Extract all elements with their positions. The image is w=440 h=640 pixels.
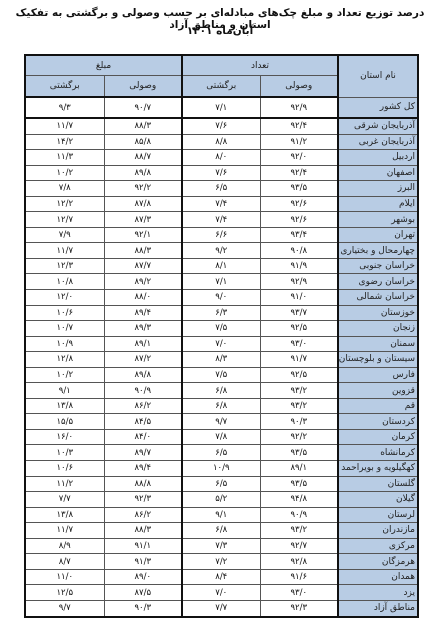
count-returned: ۸/۴ [182, 569, 260, 585]
count-cleared: ۹۲/۲ [260, 429, 338, 445]
province-name: یزد [338, 585, 418, 601]
count-cleared: ۹۳/۲ [260, 398, 338, 414]
count-returned: ۶/۸ [182, 523, 260, 539]
table-row: خراسان رضوی۹۲/۹۷/۱۸۹/۲۱۰/۸ [25, 274, 418, 290]
count-returned: ۶/۵ [182, 445, 260, 461]
amount-cleared: ۸۹/۰ [104, 569, 182, 585]
header-amount-cleared: وصولی [104, 76, 182, 98]
count-returned: ۸/۱ [182, 258, 260, 274]
count-cleared: ۹۳/۲ [260, 523, 338, 539]
amount-cleared: ۹۲/۳ [104, 492, 182, 508]
count-returned: ۷/۴ [182, 196, 260, 212]
province-name: کرمانشاه [338, 445, 418, 461]
header-amount-group: مبلغ [25, 55, 182, 76]
amount-cleared: ۹۲/۱ [104, 227, 182, 243]
amount-returned: ۱۱/۷ [25, 243, 104, 259]
province-name: خراسان جنوبی [338, 258, 418, 274]
count-returned: ۷/۶ [182, 118, 260, 134]
table-row: آذربایجان غربی۹۱/۲۸/۸۸۵/۸۱۴/۲ [25, 134, 418, 150]
header-count-group: تعداد [182, 55, 338, 76]
province-name: کرمان [338, 429, 418, 445]
count-cleared: ۹۰/۹ [260, 507, 338, 523]
count-cleared: ۹۲/۷ [260, 538, 338, 554]
count-returned: ۷/۴ [182, 212, 260, 228]
table-row: مرکزی۹۲/۷۷/۳۹۱/۱۸/۹ [25, 538, 418, 554]
count-cleared: ۹۱/۹ [260, 258, 338, 274]
count-returned: ۶/۵ [182, 181, 260, 197]
province-cheque-table: نام استان تعداد مبلغ وصولی برگشتی وصولی … [24, 54, 419, 618]
amount-returned: ۱۳/۸ [25, 398, 104, 414]
amount-cleared: ۸۶/۲ [104, 398, 182, 414]
amount-cleared: ۸۷/۲ [104, 352, 182, 368]
province-name: گیلان [338, 492, 418, 508]
amount-returned: ۱۱/۰ [25, 569, 104, 585]
amount-cleared: ۸۸/۳ [104, 118, 182, 134]
header-count-returned: برگشتی [182, 76, 260, 98]
table-row: کهگیلویه و بویراحمد۸۹/۱۱۰/۹۸۹/۴۱۰/۶ [25, 461, 418, 477]
count-returned: ۷/۱ [182, 274, 260, 290]
table-row: همدان۹۱/۶۸/۴۸۹/۰۱۱/۰ [25, 569, 418, 585]
amount-cleared: ۹۰/۹ [104, 383, 182, 399]
amount-cleared: ۹۲/۲ [104, 181, 182, 197]
amount-returned: ۱۱/۷ [25, 118, 104, 134]
amount-returned: ۹/۱ [25, 383, 104, 399]
count-returned: ۷/۵ [182, 321, 260, 337]
amount-cleared: ۹۱/۳ [104, 554, 182, 570]
count-cleared: ۹۰/۳ [260, 414, 338, 430]
count-cleared: ۹۲/۶ [260, 212, 338, 228]
amount-cleared: ۸۴/۰ [104, 429, 182, 445]
count-returned: ۹/۷ [182, 414, 260, 430]
count-cleared: ۹۳/۵ [260, 445, 338, 461]
count-cleared: ۹۳/۵ [260, 181, 338, 197]
count-cleared: ۹۳/۲ [260, 383, 338, 399]
count-returned: ۷/۲ [182, 554, 260, 570]
province-name: زنجان [338, 321, 418, 337]
province-name: مرکزی [338, 538, 418, 554]
province-name: کهگیلویه و بویراحمد [338, 461, 418, 477]
count-cleared: ۹۴/۸ [260, 492, 338, 508]
amount-returned: ۷/۹ [25, 227, 104, 243]
amount-cleared: ۸۵/۸ [104, 134, 182, 150]
amount-returned: ۷/۷ [25, 492, 104, 508]
count-returned: ۶/۶ [182, 227, 260, 243]
count-returned: ۹/۲ [182, 243, 260, 259]
amount-cleared: ۸۷/۸ [104, 196, 182, 212]
table-row: اردبیل۹۲/۰۸/۰۸۸/۷۱۱/۳ [25, 150, 418, 166]
amount-cleared: ۸۹/۱ [104, 336, 182, 352]
table-row: هرمزگان۹۲/۸۷/۲۹۱/۳۸/۷ [25, 554, 418, 570]
table-row: کردستان۹۰/۳۹/۷۸۴/۵۱۵/۵ [25, 414, 418, 430]
table-row: ایلام۹۲/۶۷/۴۸۷/۸۱۲/۲ [25, 196, 418, 212]
province-name: آذربایجان شرقی [338, 118, 418, 134]
table-row: قزوین۹۳/۲۶/۸۹۰/۹۹/۱ [25, 383, 418, 399]
count-cleared: ۹۲/۵ [260, 367, 338, 383]
table-row: خراسان جنوبی۹۱/۹۸/۱۸۷/۷۱۲/۳ [25, 258, 418, 274]
count-cleared: ۹۳/۰ [260, 336, 338, 352]
count-cleared: ۹۲/۹ [260, 274, 338, 290]
amount-returned: ۸/۹ [25, 538, 104, 554]
table-row: تهران۹۳/۴۶/۶۹۲/۱۷/۹ [25, 227, 418, 243]
count-returned: ۷/۰ [182, 585, 260, 601]
header-count-cleared: وصولی [260, 76, 338, 98]
count-returned: ۷/۷ [182, 600, 260, 616]
count-returned: ۷/۵ [182, 367, 260, 383]
province-name: قم [338, 398, 418, 414]
amount-returned: ۸/۷ [25, 554, 104, 570]
total-count-cleared: ۹۲/۹ [260, 97, 338, 118]
amount-returned: ۱۳/۸ [25, 507, 104, 523]
count-returned: ۶/۸ [182, 398, 260, 414]
province-name: مازندران [338, 523, 418, 539]
amount-returned: ۱۰/۹ [25, 336, 104, 352]
province-name: سمنان [338, 336, 418, 352]
count-cleared: ۹۲/۸ [260, 554, 338, 570]
amount-returned: ۱۱/۳ [25, 150, 104, 166]
amount-returned: ۹/۷ [25, 600, 104, 616]
amount-cleared: ۸۸/۳ [104, 243, 182, 259]
count-cleared: ۹۳/۵ [260, 476, 338, 492]
amount-returned: ۱۴/۲ [25, 134, 104, 150]
amount-cleared: ۸۹/۴ [104, 461, 182, 477]
table-row: کرمانشاه۹۳/۵۶/۵۸۹/۷۱۰/۳ [25, 445, 418, 461]
amount-cleared: ۹۱/۱ [104, 538, 182, 554]
table-row: اصفهان۹۲/۴۷/۶۸۹/۸۱۰/۲ [25, 165, 418, 181]
table-row: خوزستان۹۳/۷۶/۳۸۹/۴۱۰/۶ [25, 305, 418, 321]
header-amount-returned: برگشتی [25, 76, 104, 98]
count-cleared: ۹۲/۳ [260, 600, 338, 616]
count-returned: ۷/۸ [182, 429, 260, 445]
count-returned: ۹/۱ [182, 507, 260, 523]
table-row: فارس۹۲/۵۷/۵۸۹/۸۱۰/۲ [25, 367, 418, 383]
province-name: تهران [338, 227, 418, 243]
header-province: نام استان [338, 55, 418, 97]
table-row: مناطق آزاد۹۲/۳۷/۷۹۰/۳۹/۷ [25, 600, 418, 616]
province-name: بوشهر [338, 212, 418, 228]
amount-cleared: ۸۸/۷ [104, 150, 182, 166]
province-name: اردبیل [338, 150, 418, 166]
count-returned: ۷/۳ [182, 538, 260, 554]
province-name: قزوین [338, 383, 418, 399]
table-row: قم۹۳/۲۶/۸۸۶/۲۱۳/۸ [25, 398, 418, 414]
province-name: سیستان و بلوچستان [338, 352, 418, 368]
province-name: خراسان شمالی [338, 290, 418, 306]
count-cleared: ۹۱/۶ [260, 569, 338, 585]
amount-returned: ۱۱/۲ [25, 476, 104, 492]
amount-returned: ۱۱/۷ [25, 523, 104, 539]
count-returned: ۶/۸ [182, 383, 260, 399]
amount-cleared: ۹۰/۳ [104, 600, 182, 616]
amount-returned: ۱۶/۰ [25, 429, 104, 445]
amount-returned: ۱۲/۰ [25, 290, 104, 306]
amount-returned: ۱۰/۷ [25, 321, 104, 337]
count-cleared: ۹۳/۷ [260, 305, 338, 321]
amount-returned: ۱۲/۲ [25, 196, 104, 212]
count-cleared: ۹۲/۴ [260, 118, 338, 134]
province-name: هرمزگان [338, 554, 418, 570]
amount-cleared: ۸۴/۵ [104, 414, 182, 430]
count-returned: ۸/۰ [182, 150, 260, 166]
count-cleared: ۹۰/۸ [260, 243, 338, 259]
amount-returned: ۱۲/۷ [25, 212, 104, 228]
count-returned: ۷/۰ [182, 336, 260, 352]
total-amount-cleared: ۹۰/۷ [104, 97, 182, 118]
table-row: البرز۹۳/۵۶/۵۹۲/۲۷/۸ [25, 181, 418, 197]
amount-returned: ۱۰/۲ [25, 367, 104, 383]
province-name: ایلام [338, 196, 418, 212]
province-name: البرز [338, 181, 418, 197]
count-cleared: ۹۱/۷ [260, 352, 338, 368]
amount-returned: ۱۰/۶ [25, 461, 104, 477]
amount-cleared: ۸۷/۷ [104, 258, 182, 274]
amount-returned: ۱۲/۸ [25, 352, 104, 368]
total-amount-returned: ۹/۳ [25, 97, 104, 118]
table-row: مازندران۹۳/۲۶/۸۸۸/۳۱۱/۷ [25, 523, 418, 539]
amount-returned: ۱۰/۳ [25, 445, 104, 461]
amount-cleared: ۸۷/۵ [104, 585, 182, 601]
table-row: زنجان۹۲/۵۷/۵۸۹/۳۱۰/۷ [25, 321, 418, 337]
count-cleared: ۹۲/۰ [260, 150, 338, 166]
count-cleared: ۹۲/۴ [260, 165, 338, 181]
amount-cleared: ۸۹/۲ [104, 274, 182, 290]
amount-cleared: ۸۸/۳ [104, 523, 182, 539]
amount-returned: ۱۰/۸ [25, 274, 104, 290]
province-name: خوزستان [338, 305, 418, 321]
report-period: آبان‌ماه ۱۴۰۱ [0, 25, 440, 37]
province-name: لرستان [338, 507, 418, 523]
amount-cleared: ۸۹/۴ [104, 305, 182, 321]
count-returned: ۸/۳ [182, 352, 260, 368]
table-row: کرمان۹۲/۲۷/۸۸۴/۰۱۶/۰ [25, 429, 418, 445]
table-row: گیلان۹۴/۸۵/۲۹۲/۳۷/۷ [25, 492, 418, 508]
count-returned: ۶/۵ [182, 476, 260, 492]
count-cleared: ۹۲/۵ [260, 321, 338, 337]
amount-returned: ۱۰/۲ [25, 165, 104, 181]
province-name: همدان [338, 569, 418, 585]
table-row: سمنان۹۳/۰۷/۰۸۹/۱۱۰/۹ [25, 336, 418, 352]
count-cleared: ۹۳/۰ [260, 585, 338, 601]
table-row: گلستان۹۳/۵۶/۵۸۸/۸۱۱/۲ [25, 476, 418, 492]
province-name: اصفهان [338, 165, 418, 181]
count-returned: ۷/۶ [182, 165, 260, 181]
amount-cleared: ۸۹/۳ [104, 321, 182, 337]
province-name: چهارمحال و بختیاری [338, 243, 418, 259]
amount-cleared: ۸۸/۰ [104, 290, 182, 306]
count-returned: ۸/۸ [182, 134, 260, 150]
total-name: کل کشور [338, 97, 418, 118]
header-row-groups: نام استان تعداد مبلغ [25, 55, 418, 76]
table-row: خراسان شمالی۹۱/۰۹/۰۸۸/۰۱۲/۰ [25, 290, 418, 306]
count-returned: ۶/۳ [182, 305, 260, 321]
count-cleared: ۹۲/۶ [260, 196, 338, 212]
amount-cleared: ۸۹/۸ [104, 165, 182, 181]
amount-cleared: ۸۹/۸ [104, 367, 182, 383]
table-row: بوشهر۹۲/۶۷/۴۸۷/۳۱۲/۷ [25, 212, 418, 228]
table-row: لرستان۹۰/۹۹/۱۸۶/۲۱۳/۸ [25, 507, 418, 523]
amount-cleared: ۸۷/۳ [104, 212, 182, 228]
province-name: کردستان [338, 414, 418, 430]
amount-cleared: ۸۶/۲ [104, 507, 182, 523]
table-row: آذربایجان شرقی۹۲/۴۷/۶۸۸/۳۱۱/۷ [25, 118, 418, 134]
count-cleared: ۹۱/۲ [260, 134, 338, 150]
count-returned: ۹/۰ [182, 290, 260, 306]
table-row: سیستان و بلوچستان۹۱/۷۸/۳۸۷/۲۱۲/۸ [25, 352, 418, 368]
province-name: گلستان [338, 476, 418, 492]
amount-cleared: ۸۹/۷ [104, 445, 182, 461]
count-cleared: ۹۱/۰ [260, 290, 338, 306]
amount-returned: ۱۵/۵ [25, 414, 104, 430]
table-row: چهارمحال و بختیاری۹۰/۸۹/۲۸۸/۳۱۱/۷ [25, 243, 418, 259]
amount-returned: ۱۲/۵ [25, 585, 104, 601]
total-row: کل کشور ۹۲/۹ ۷/۱ ۹۰/۷ ۹/۳ [25, 97, 418, 118]
amount-returned: ۱۲/۳ [25, 258, 104, 274]
province-name: مناطق آزاد [338, 600, 418, 616]
province-name: آذربایجان غربی [338, 134, 418, 150]
amount-cleared: ۸۸/۸ [104, 476, 182, 492]
province-name: خراسان رضوی [338, 274, 418, 290]
amount-returned: ۱۰/۶ [25, 305, 104, 321]
province-name: فارس [338, 367, 418, 383]
table-row: یزد۹۳/۰۷/۰۸۷/۵۱۲/۵ [25, 585, 418, 601]
amount-returned: ۷/۸ [25, 181, 104, 197]
count-cleared: ۹۳/۴ [260, 227, 338, 243]
total-count-returned: ۷/۱ [182, 97, 260, 118]
count-returned: ۵/۲ [182, 492, 260, 508]
count-returned: ۱۰/۹ [182, 461, 260, 477]
count-cleared: ۸۹/۱ [260, 461, 338, 477]
